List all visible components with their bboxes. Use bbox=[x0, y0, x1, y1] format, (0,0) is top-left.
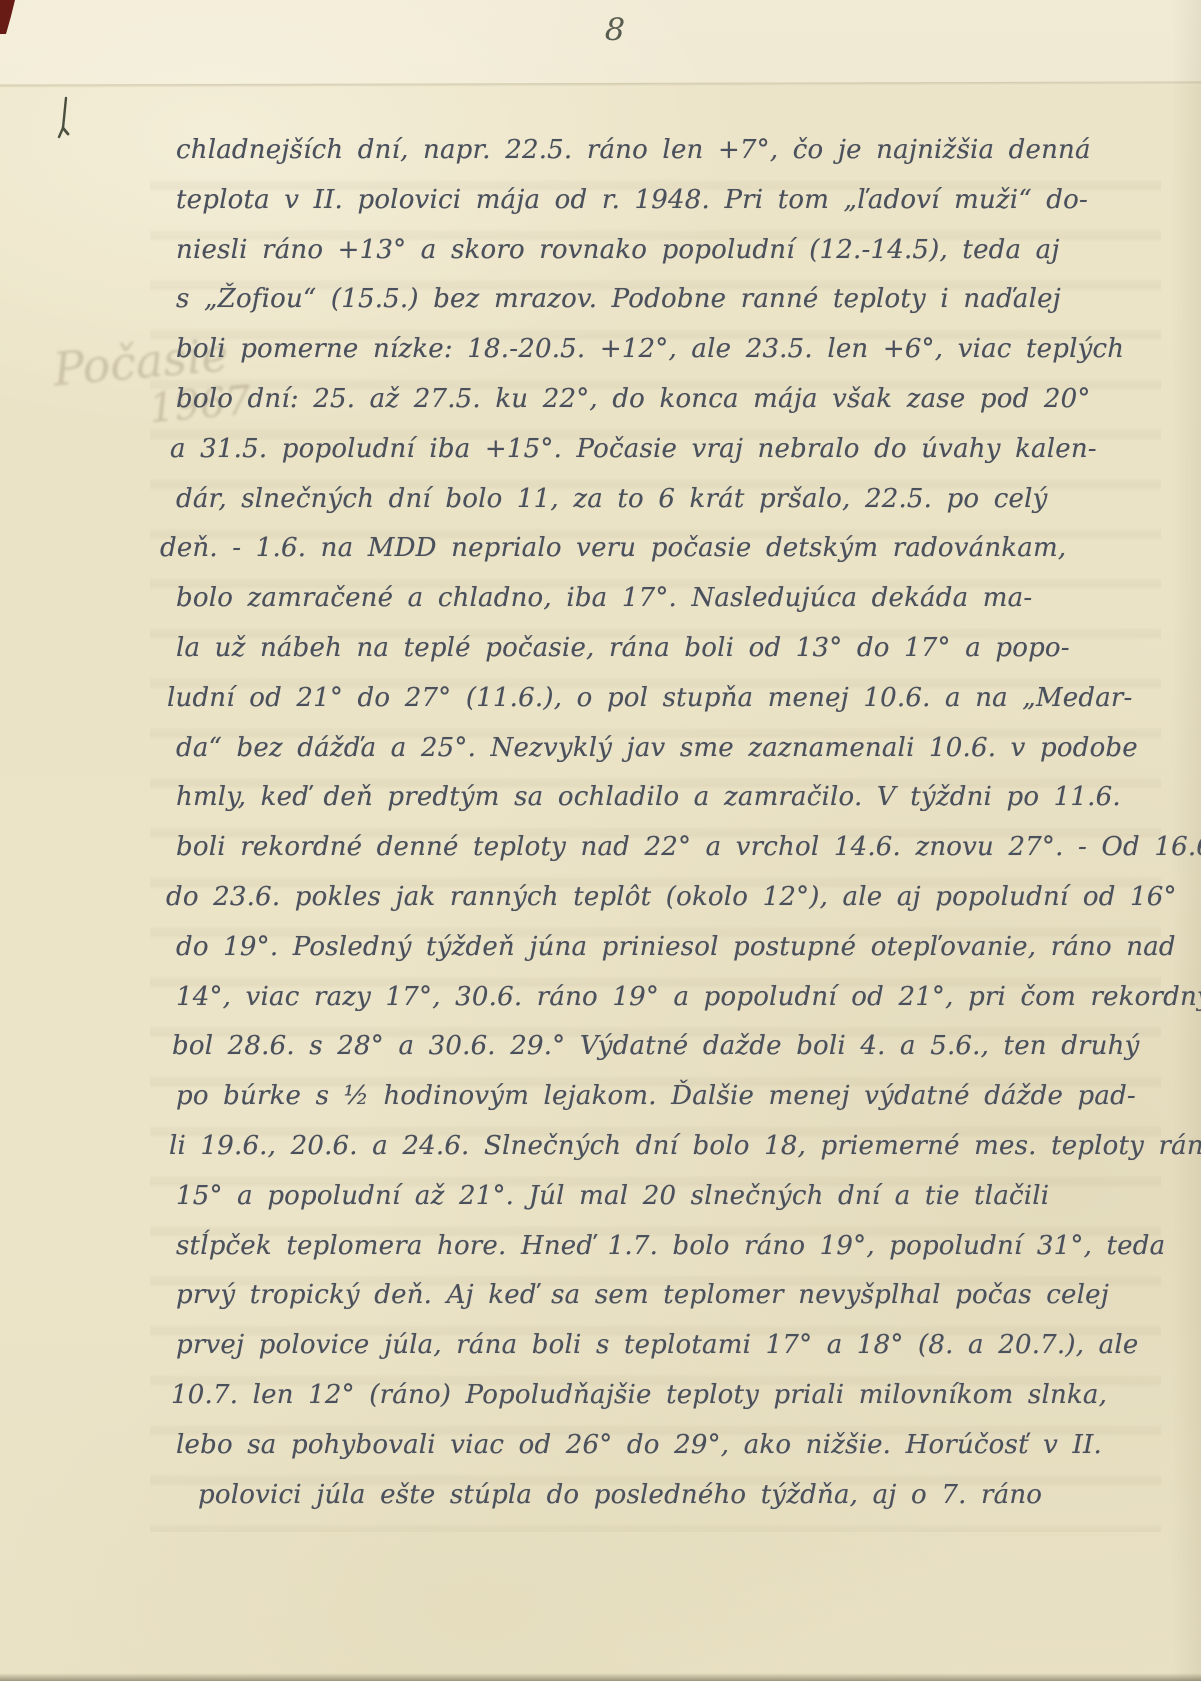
handwritten-line: niesli ráno +13° a skoro rovnako popolud… bbox=[176, 226, 1201, 276]
page-bottom-edge bbox=[0, 1673, 1201, 1681]
handwritten-line: prvej polovice júla, rána boli s teplota… bbox=[176, 1321, 1201, 1371]
handwritten-line: li 19.6., 20.6. a 24.6. Slnečných dní bo… bbox=[169, 1122, 1201, 1172]
handwritten-line: s „Žofiou“ (15.5.) bez mrazov. Podobne r… bbox=[176, 275, 1201, 325]
page-edge-shadow bbox=[1171, 0, 1201, 1681]
handwritten-line: da“ bez dážďa a 25°. Nezvyklý jav sme za… bbox=[176, 724, 1201, 774]
handwritten-line: boli rekordné denné teploty nad 22° a vr… bbox=[176, 823, 1201, 873]
handwritten-line: po búrke s ½ hodinovým lejakom. Ďalšie m… bbox=[176, 1072, 1201, 1122]
handwritten-line: teplota v II. polovici mája od r. 1948. … bbox=[176, 176, 1201, 226]
handwritten-line: bol 28.6. s 28° a 30.6. 29.° Výdatné daž… bbox=[172, 1022, 1201, 1072]
handwritten-line: ludní od 21° do 27° (11.6.), o pol stupň… bbox=[167, 674, 1201, 724]
handwritten-line: boli pomerne nízke: 18.-20.5. +12°, ale … bbox=[176, 325, 1201, 375]
page-corner-fragment bbox=[0, 0, 15, 34]
handwritten-line: la už nábeh na teplé počasie, rána boli … bbox=[176, 624, 1201, 674]
handwritten-line: a 31.5. popoludní iba +15°. Počasie vraj… bbox=[170, 425, 1201, 475]
paper-crease bbox=[0, 81, 1201, 87]
handwritten-line: 15° a popoludní až 21°. Júl mal 20 slneč… bbox=[176, 1172, 1201, 1222]
manuscript-page: Počasie 1967 8 chladnejších dní, napr. 2… bbox=[0, 0, 1201, 1681]
handwritten-line: prvý tropický deň. Aj keď sa sem teplome… bbox=[176, 1271, 1201, 1321]
handwritten-line: stĺpček teplomera hore. Hneď 1.7. bolo r… bbox=[176, 1222, 1201, 1272]
handwritten-text-block: chladnejších dní, napr. 22.5. ráno len +… bbox=[176, 126, 1201, 1520]
pen-stroke-mark bbox=[54, 96, 76, 148]
handwritten-line: dár, slnečných dní bolo 11, za to 6 krát… bbox=[176, 475, 1201, 525]
handwritten-line: deň. - 1.6. na MDD neprialo veru počasie… bbox=[160, 524, 1201, 574]
handwritten-line: do 23.6. pokles jak ranných teplôt (okol… bbox=[166, 873, 1201, 923]
handwritten-line: do 19°. Posledný týždeň júna priniesol p… bbox=[176, 923, 1201, 973]
handwritten-line: 14°, viac razy 17°, 30.6. ráno 19° a pop… bbox=[176, 973, 1201, 1023]
page-number: 8 bbox=[604, 12, 626, 49]
handwritten-line: lebo sa pohybovali viac od 26° do 29°, a… bbox=[176, 1421, 1201, 1471]
handwritten-line: chladnejších dní, napr. 22.5. ráno len +… bbox=[176, 126, 1201, 176]
handwritten-line: hmly, keď deň predtým sa ochladilo a zam… bbox=[176, 773, 1201, 823]
handwritten-line: 10.7. len 12° (ráno) Popoludňajšie teplo… bbox=[171, 1371, 1201, 1421]
handwritten-line: bolo dní: 25. až 27.5. ku 22°, do konca … bbox=[176, 375, 1201, 425]
handwritten-line: polovici júla ešte stúpla do posledného … bbox=[198, 1471, 1201, 1521]
handwritten-line: bolo zamračené a chladno, iba 17°. Nasle… bbox=[176, 574, 1201, 624]
